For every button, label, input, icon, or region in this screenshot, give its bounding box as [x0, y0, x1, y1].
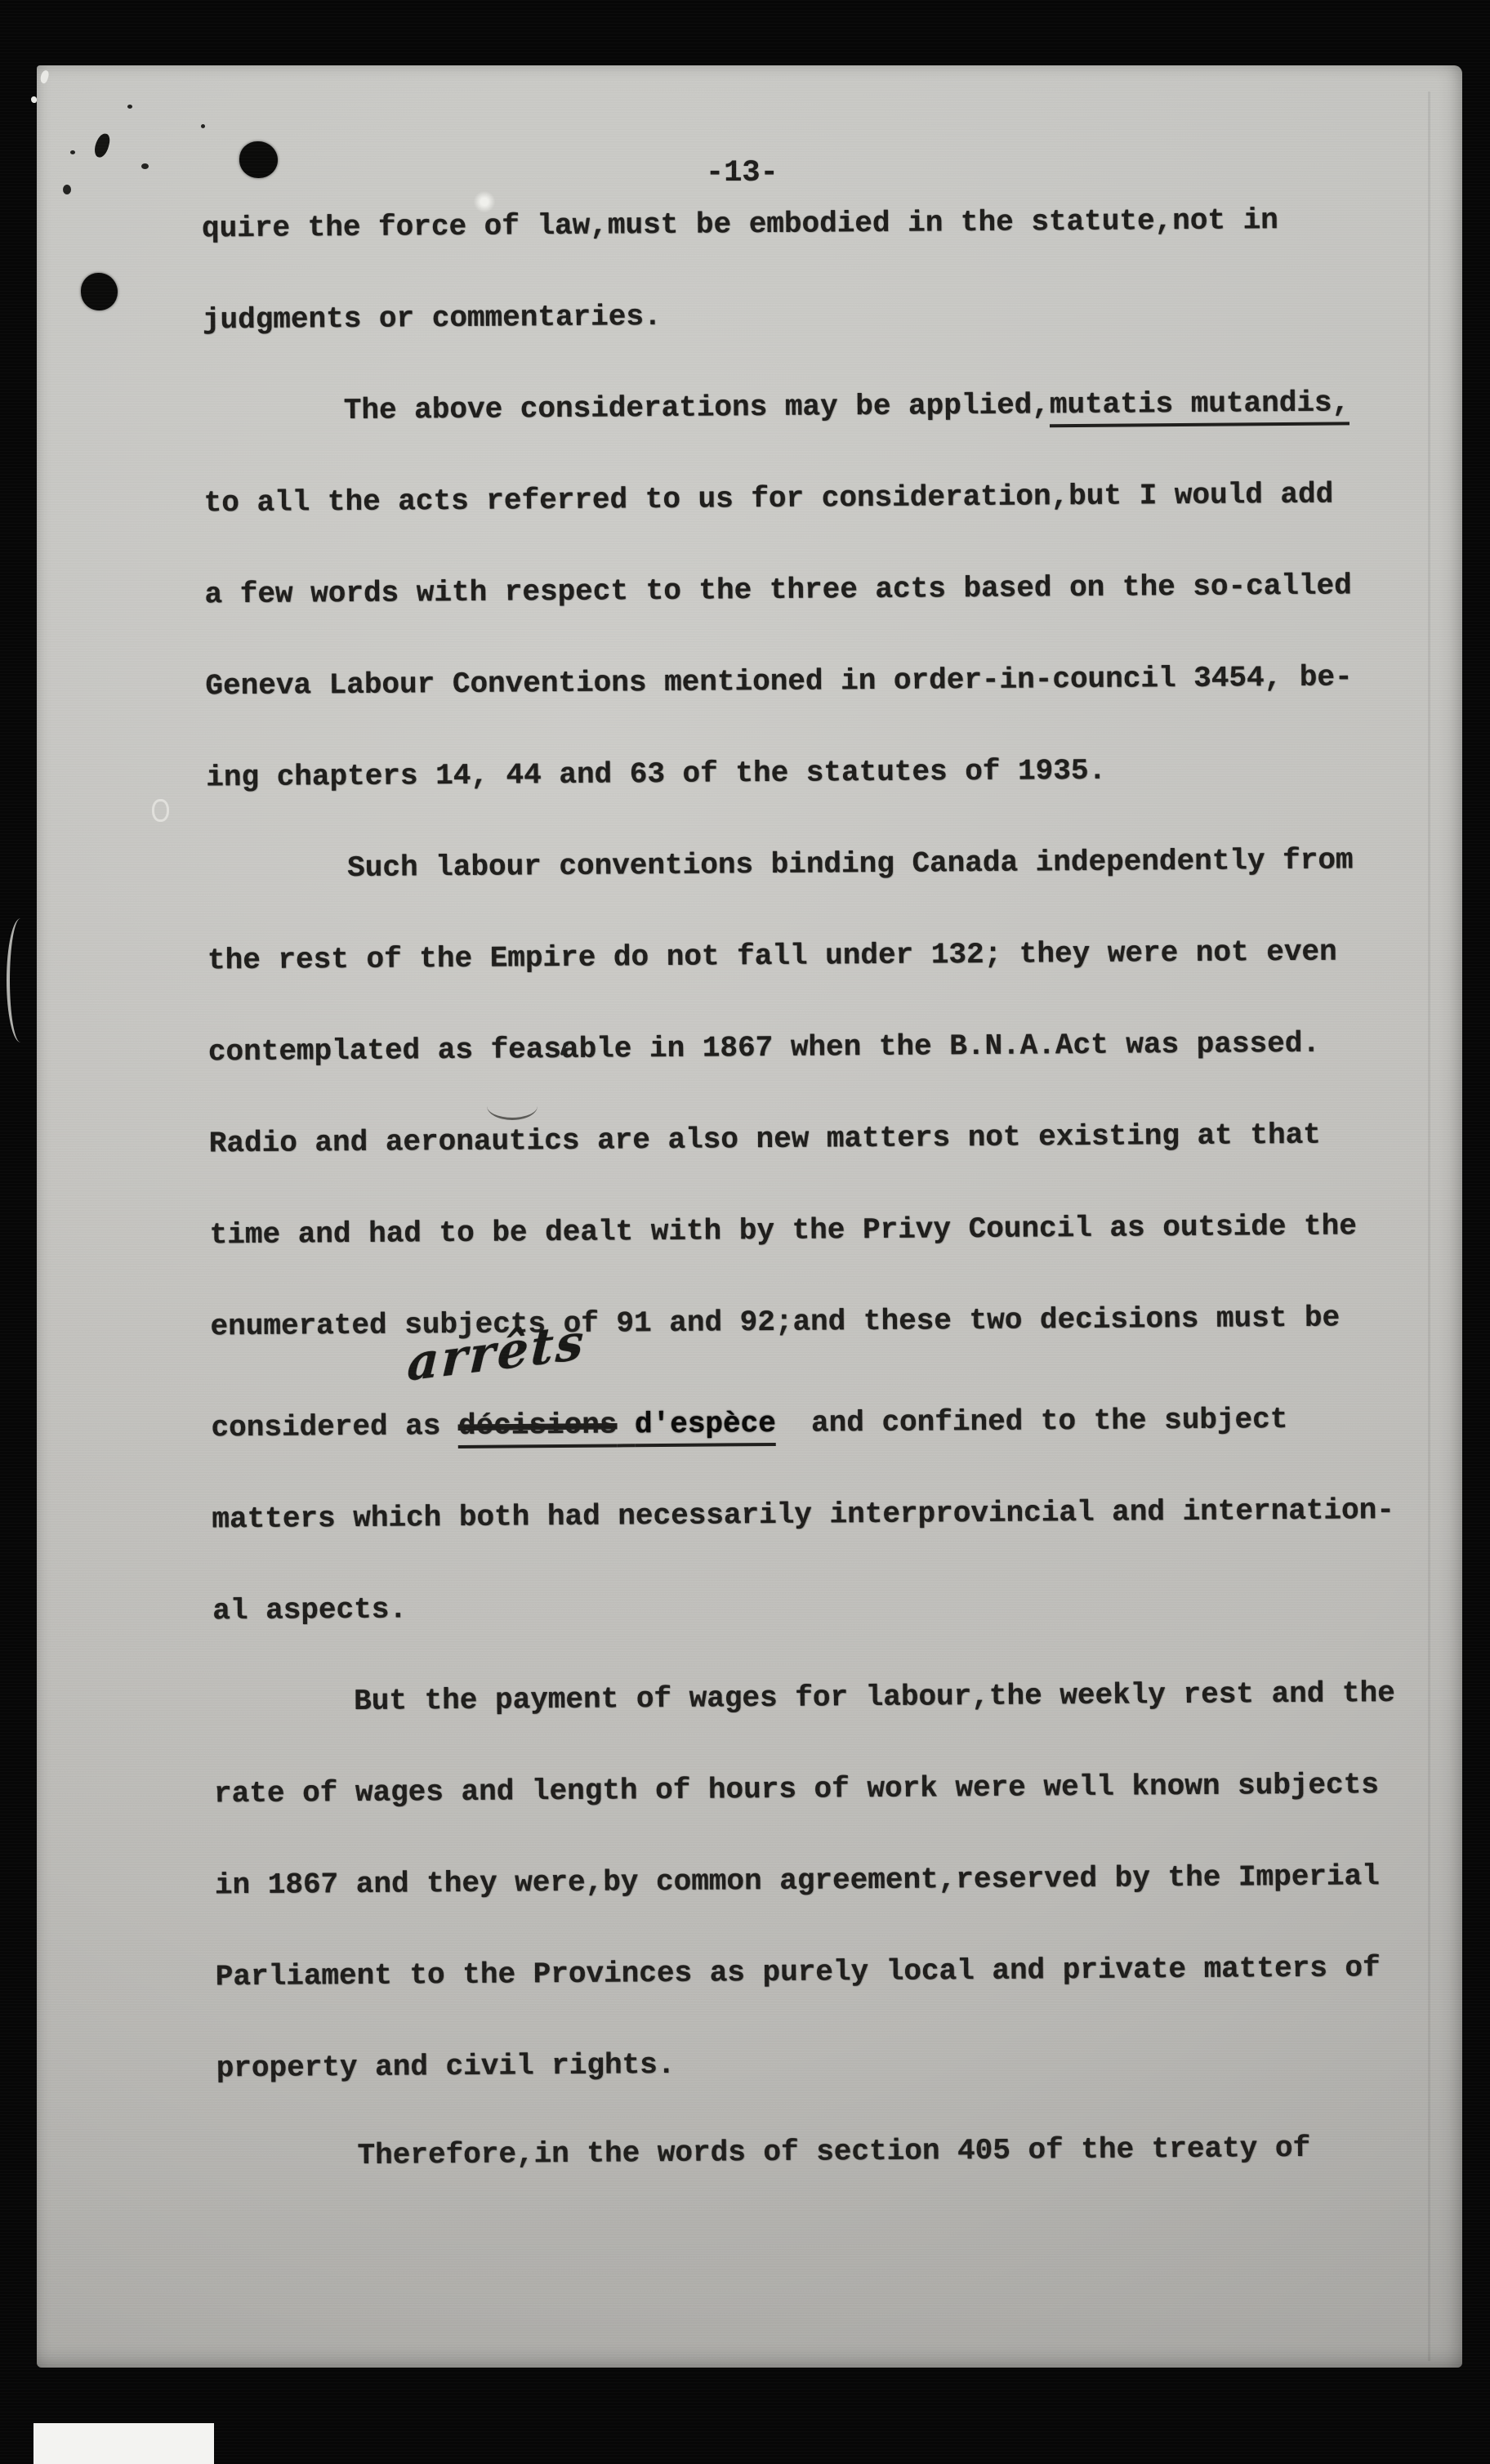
typed-segment: a few words with respect to the three ac… [204, 569, 1352, 611]
typed-line: to all the acts referred to us for consi… [204, 480, 1334, 519]
typed-segment: al aspects. [212, 1592, 407, 1627]
typed-segment: Therefore,in the words of section 405 of… [357, 2131, 1310, 2172]
typed-line: in 1867 and they were,by common agreemen… [215, 1862, 1380, 1900]
typed-line: Therefore,in the words of section 405 of… [357, 2134, 1310, 2171]
typed-segment: Parliament to the Provinces as purely lo… [216, 1951, 1381, 1993]
typed-segment: property and civil rights. [216, 2048, 676, 2085]
typed-line: The above considerations may be applied,… [344, 388, 1350, 426]
typed-segment: judgments or commentaries. [203, 300, 662, 337]
typed-line: Geneva Labour Conventions mentioned in o… [205, 663, 1352, 701]
typed-line: ing chapters 14, 44 and 63 of the statut… [206, 757, 1106, 793]
typed-line: al aspects. [212, 1595, 407, 1626]
typed-text-block: quire the force of law,must be embodied … [0, 0, 1490, 2464]
typed-segment [617, 1408, 635, 1447]
typed-segment: the rest of the Empire do not fall under… [207, 935, 1337, 978]
typed-segment: and confined to the subject [776, 1403, 1288, 1440]
typed-segment: ing chapters 14, 44 and 63 of the statut… [206, 754, 1106, 795]
typed-line: quire the force of law,must be embodied … [202, 206, 1278, 243]
typed-line: the rest of the Empire do not fall under… [207, 938, 1337, 976]
typed-line: considered as décisions d'espèce and con… [211, 1405, 1287, 1443]
typed-segment: Radio and aeronautics are also new matte… [209, 1118, 1321, 1161]
typed-segment: rate of wages and length of hours of wor… [214, 1768, 1379, 1810]
typed-segment: décisions [458, 1408, 618, 1448]
typed-segment: d'espèce [635, 1407, 776, 1447]
typed-line: But the payment of wages for labour,the … [354, 1679, 1395, 1716]
typed-segment: considered as [211, 1409, 458, 1444]
photograph-background: -13- quire the force of law,must be embo… [0, 0, 1490, 2464]
typed-segment: But the payment of wages for labour,the … [354, 1676, 1395, 1718]
typed-segment: enumerated subjects of 91 and 92;and the… [210, 1301, 1340, 1344]
typed-segment: in 1867 and they were,by common agreemen… [215, 1859, 1380, 1902]
typed-line: Parliament to the Provinces as purely lo… [216, 1953, 1381, 1992]
typed-line: time and had to be dealt with by the Pri… [210, 1212, 1357, 1250]
typed-line: enumerated subjects of 91 and 92;and the… [210, 1304, 1340, 1342]
typed-line: a few words with respect to the three ac… [204, 571, 1351, 609]
typed-line: property and civil rights. [216, 2051, 676, 2083]
typed-segment: Geneva Labour Conventions mentioned in o… [205, 660, 1353, 703]
typed-line: Radio and aeronautics are also new matte… [209, 1121, 1321, 1159]
typed-segment: contemplated as feasable in 1867 when th… [208, 1027, 1320, 1069]
typed-line: contemplated as feasable in 1867 when th… [208, 1029, 1320, 1068]
typed-line: matters which both had necessarily inter… [212, 1496, 1394, 1534]
typed-line: rate of wages and length of hours of wor… [214, 1770, 1379, 1809]
typed-segment: mutatis mutandis, [1050, 386, 1350, 427]
typed-segment: time and had to be dealt with by the Pri… [210, 1209, 1358, 1252]
scan-root: { "scan": { "colors": { "background": "#… [0, 0, 1490, 2464]
typed-segment: to all the acts referred to us for consi… [204, 478, 1334, 520]
typed-segment: Such labour conventions binding Canada i… [347, 843, 1354, 885]
typed-segment: The above considerations may be applied, [344, 388, 1050, 427]
typed-segment: matters which both had necessarily inter… [212, 1493, 1394, 1536]
typed-segment: quire the force of law,must be embodied … [202, 203, 1278, 245]
typed-line: Such labour conventions binding Canada i… [347, 846, 1354, 883]
typed-line: judgments or commentaries. [203, 302, 662, 335]
